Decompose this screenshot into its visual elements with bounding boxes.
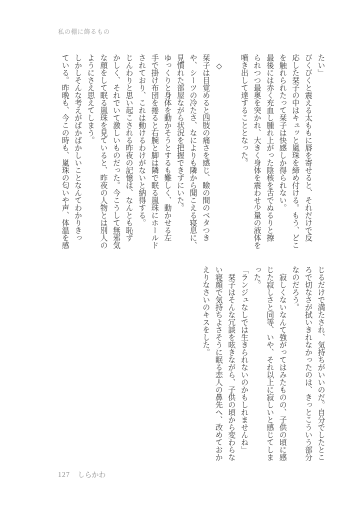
- text-column: 最後には赤く充血し腫れ上がった陰核を舌でぬるりと擦: [263, 54, 276, 254]
- text-block-upper: たい」びくびくと震える太ももに唇を寄せると、それだけで反応した栞子の中はキュッと…: [57, 54, 327, 254]
- book-page: 私の棚に飾るもの たい」びくびくと震える太ももに唇を寄せると、それだけで反応した…: [0, 0, 360, 513]
- text-column: ◇: [212, 54, 225, 254]
- text-column: を触れられたって栞子は快感しか得られない。: [276, 54, 289, 254]
- text-column: たい」: [314, 54, 327, 254]
- page-number: 127: [58, 471, 70, 479]
- text-column: じた寂しさと同等、いや、それ以上に寂しいと感じてしま: [263, 266, 276, 466]
- text-column: 栞子はそんな冗談を呟きながら、子供の頃から変わらな: [225, 266, 238, 466]
- text-column: ている。昨晩も、今この時も、嵐珠の匂いや声、体温を感: [58, 54, 71, 254]
- text-column: しかしそんな考えがばかばかしいことなんてわかりきっ: [71, 54, 84, 254]
- text-column: 栞子は目覚めると四肢の痛さを感じ、瞼の間のベタつき: [199, 54, 212, 254]
- text-column: な顔をして眠る嵐珠を見ていると、昨夜の人物とは別人の: [97, 54, 110, 254]
- text-column: ろで切なさが拭いきれなかったのは、きっとこういう部分: [301, 266, 314, 466]
- text-column: じるだけで満たされ、気持ちがいいのだ。自分でしたとこ: [314, 266, 327, 466]
- text-block-lower: じるだけで満たされ、気持ちがいいのだ。自分でしたところで切なさが拭いきれなかった…: [57, 266, 327, 466]
- text-column: 応した栞子の中はキュッと嵐珠を締め付ける。もう、どこ: [289, 54, 302, 254]
- text-column: ようにさえ思えてしまう。: [84, 54, 97, 254]
- text-column: じんわりと思い起こされる昨夜の記憶は、なんとも恥ず: [122, 54, 135, 254]
- text-column: られつつ最奥を突かれ、大きく身体を震わせ少量の液体を: [250, 54, 263, 254]
- text-column: った。: [250, 266, 263, 466]
- footer-label: しらかわ: [78, 471, 106, 479]
- text-column: い寝顔で気持ちよさそうに眠る恋人の鼻先へ、改めておか: [212, 266, 225, 466]
- text-column: 寂しくないなんて強がってはみたものの、子供の頃に感: [276, 266, 289, 466]
- text-column: ゆっくりと身体を動かそうとするも難しく、動かせる左: [161, 54, 174, 254]
- text-column: 「ランジュなしでは生きられないのかもしれませんね」: [237, 266, 250, 466]
- text-column: [225, 54, 238, 254]
- text-column: 噴き出して達することとなった。: [237, 54, 250, 254]
- text-column: や、シーツの冷たさ、なによりも隣から聞こえる寝息に、: [186, 54, 199, 254]
- text-column: びくびくと震える太ももに唇を寄せると、それだけで反: [301, 54, 314, 254]
- page-footer: 127 しらかわ: [58, 470, 106, 480]
- text-column: 手で掛け布団を捲ると右腕と脚は隣で眠る嵐珠にホールド: [148, 54, 161, 254]
- running-header-title: 私の棚に飾るもの: [58, 27, 110, 36]
- text-column: されており、これは動けるわけがないと納得する。: [135, 54, 148, 254]
- text-column: 見慣れた部屋ながら状況を把握できずにいた。: [173, 54, 186, 254]
- text-column: えりなさいのキスをした。: [199, 266, 212, 466]
- text-column: なのだろう。: [289, 266, 302, 466]
- text-column: かしく、それでいて激しいものだった。今こうして無邪気: [109, 54, 122, 254]
